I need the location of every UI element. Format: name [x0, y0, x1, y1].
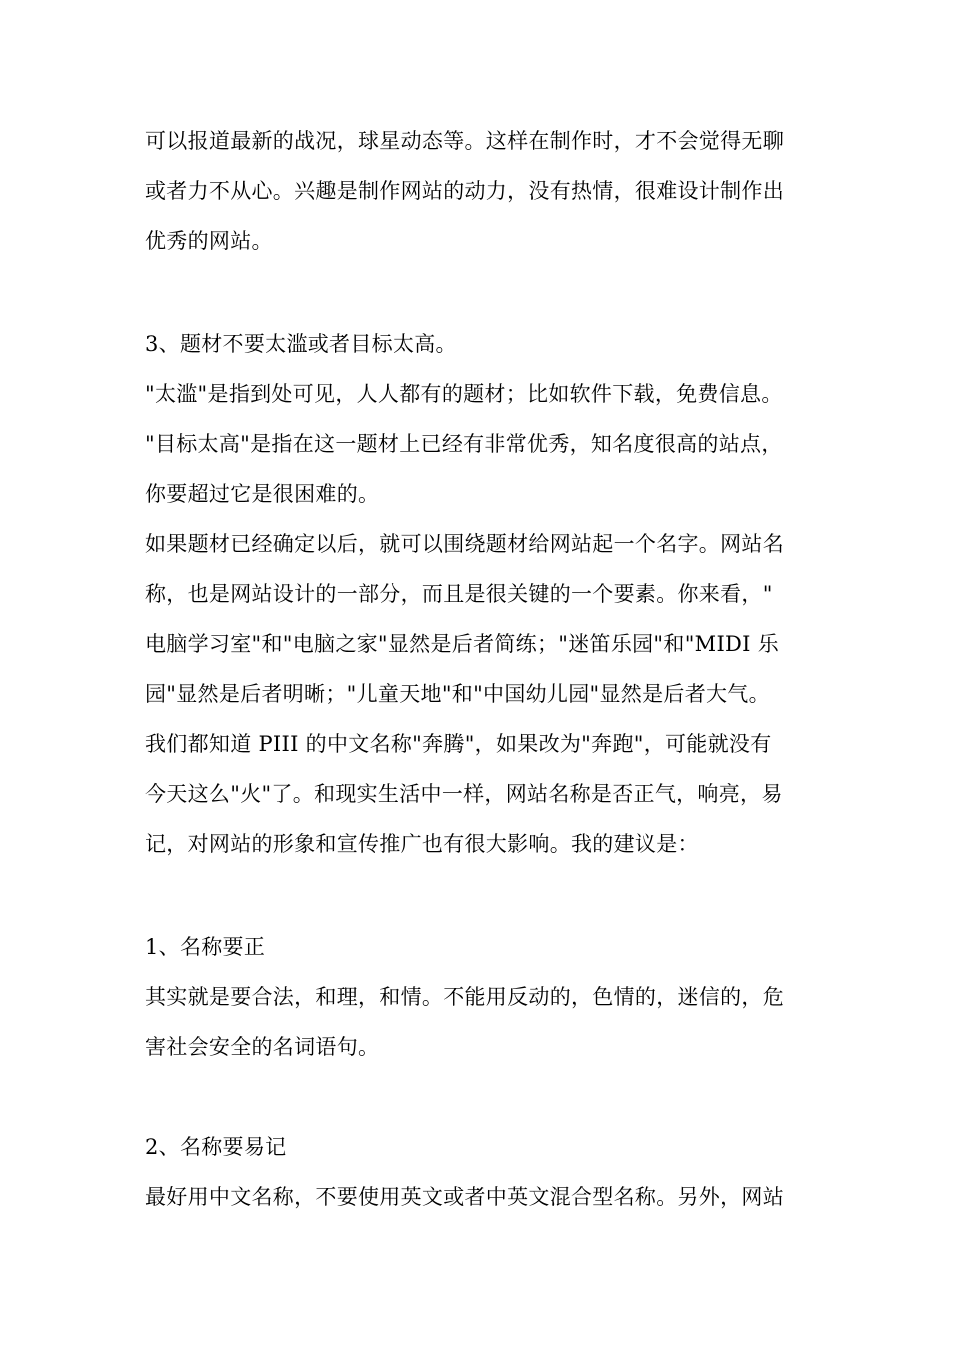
section-heading: 1、名称要正 — [145, 933, 825, 961]
paragraph-line: 最好用中文名称，不要使用英文或者中英文混合型名称。另外，网站 — [145, 1183, 825, 1211]
paragraph-line: 如果题材已经确定以后，就可以围绕题材给网站起一个名字。网站名 — [145, 530, 825, 558]
paragraph-line: 称，也是网站设计的一部分，而且是很关键的一个要素。你来看，" — [145, 580, 825, 608]
paragraph-line: 或者力不从心。兴趣是制作网站的动力，没有热情，很难设计制作出 — [145, 177, 825, 205]
paragraph-line: 今天这么"火"了。和现实生活中一样，网站名称是否正气，响亮，易 — [145, 780, 825, 808]
paragraph-line: 你要超过它是很困难的。 — [145, 480, 825, 508]
paragraph-line: 优秀的网站。 — [145, 227, 825, 255]
paragraph-line: 害社会安全的名词语句。 — [145, 1033, 825, 1061]
section-heading: 3、题材不要太滥或者目标太高。 — [145, 330, 825, 358]
paragraph-line: 电脑学习室"和"电脑之家"显然是后者简练；"迷笛乐园"和"MIDI 乐 — [145, 630, 825, 658]
paragraph-line: "太滥"是指到处可见，人人都有的题材；比如软件下载，免费信息。 — [145, 380, 825, 408]
paragraph-line: 其实就是要合法，和理，和情。不能用反动的，色情的，迷信的，危 — [145, 983, 825, 1011]
paragraph-line: 我们都知道 PIII 的中文名称"奔腾"，如果改为"奔跑"，可能就没有 — [145, 730, 825, 758]
document-page: 可以报道最新的战况，球星动态等。这样在制作时，才不会觉得无聊 或者力不从心。兴趣… — [0, 0, 959, 1357]
section-heading: 2、名称要易记 — [145, 1133, 825, 1161]
paragraph-line: "目标太高"是指在这一题材上已经有非常优秀，知名度很高的站点， — [145, 430, 825, 458]
paragraph-line: 记，对网站的形象和宣传推广也有很大影响。我的建议是： — [145, 830, 825, 858]
paragraph-line: 可以报道最新的战况，球星动态等。这样在制作时，才不会觉得无聊 — [145, 127, 825, 155]
paragraph-line: 园"显然是后者明晰；"儿童天地"和"中国幼儿园"显然是后者大气。 — [145, 680, 825, 708]
